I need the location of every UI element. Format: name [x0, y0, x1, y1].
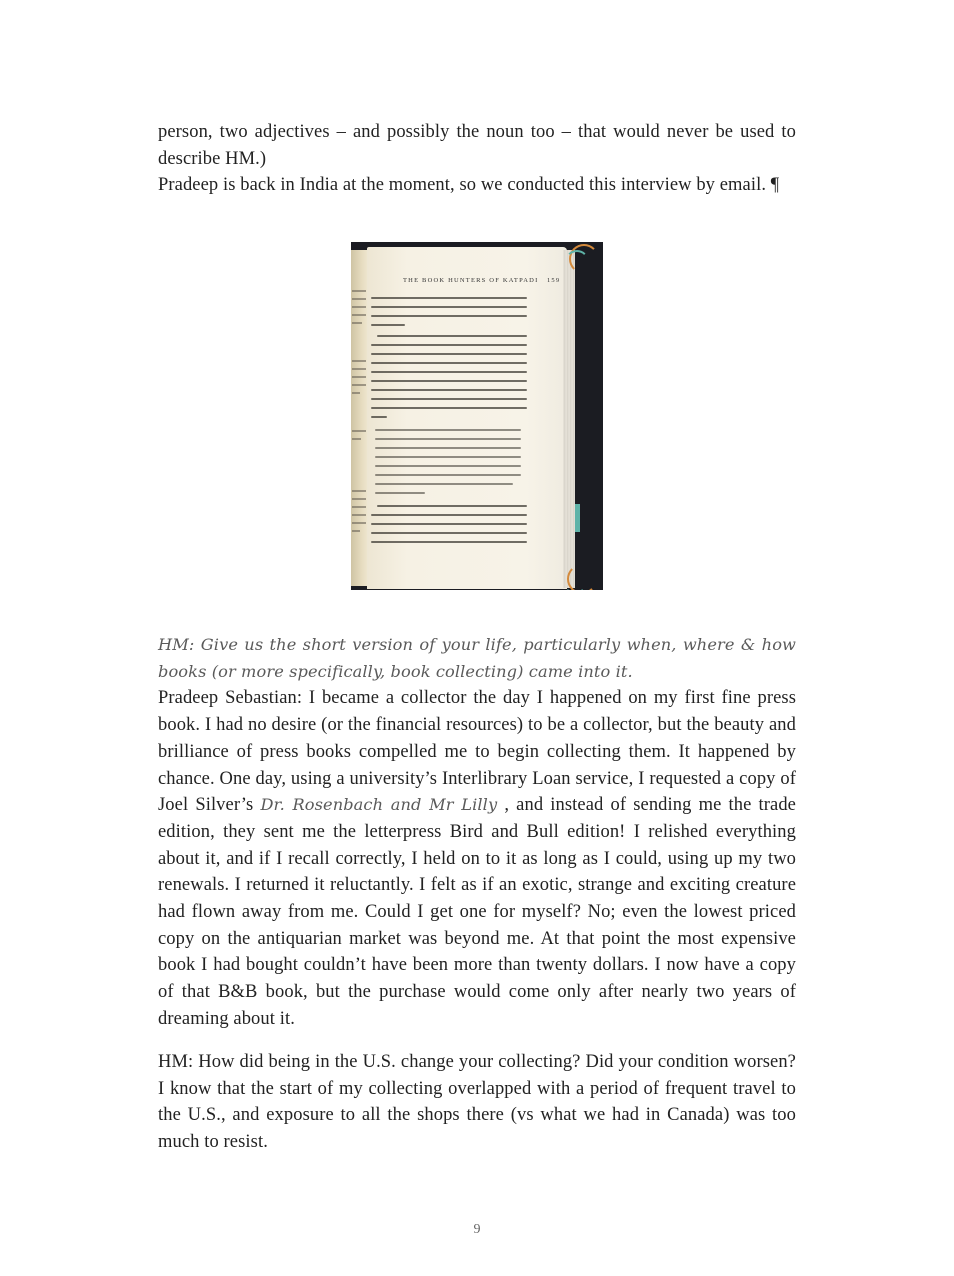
book-photo: THE BOOK HUNTERS OF KATPADI 159 [351, 242, 603, 590]
book-page-edges [563, 250, 575, 588]
book-right-page: THE BOOK HUNTERS OF KATPADI 159 [367, 247, 567, 589]
answer-1-text-end: , and instead of sending me the trade ed… [158, 795, 796, 1029]
question-2: HM: How did being in the U.S. change you… [158, 1049, 796, 1156]
qa-section-1: HM: Give us the short version of your li… [158, 632, 796, 1033]
answer-1: Pradeep Sebastian: I became a collector … [158, 685, 796, 1032]
book-spine-accent [575, 504, 580, 532]
interview-note-paragraph: Pradeep is back in India at the moment, … [158, 172, 796, 199]
book-running-head: THE BOOK HUNTERS OF KATPADI 159 [403, 277, 560, 284]
page-number: 9 [0, 1222, 954, 1238]
qa-section-2: HM: How did being in the U.S. change you… [158, 1049, 796, 1156]
question-1: HM: Give us the short version of your li… [158, 632, 796, 685]
intro-paragraph: person, two adjectives – and possibly th… [158, 119, 796, 172]
book-page-number: 159 [547, 277, 560, 284]
intro-section: person, two adjectives – and possibly th… [158, 119, 796, 199]
running-head-text: THE BOOK HUNTERS OF KATPADI [403, 277, 538, 284]
document-page: person, two adjectives – and possibly th… [0, 0, 954, 1276]
book-title-reference: Dr. Rosenbach and Mr Lilly [260, 795, 497, 814]
